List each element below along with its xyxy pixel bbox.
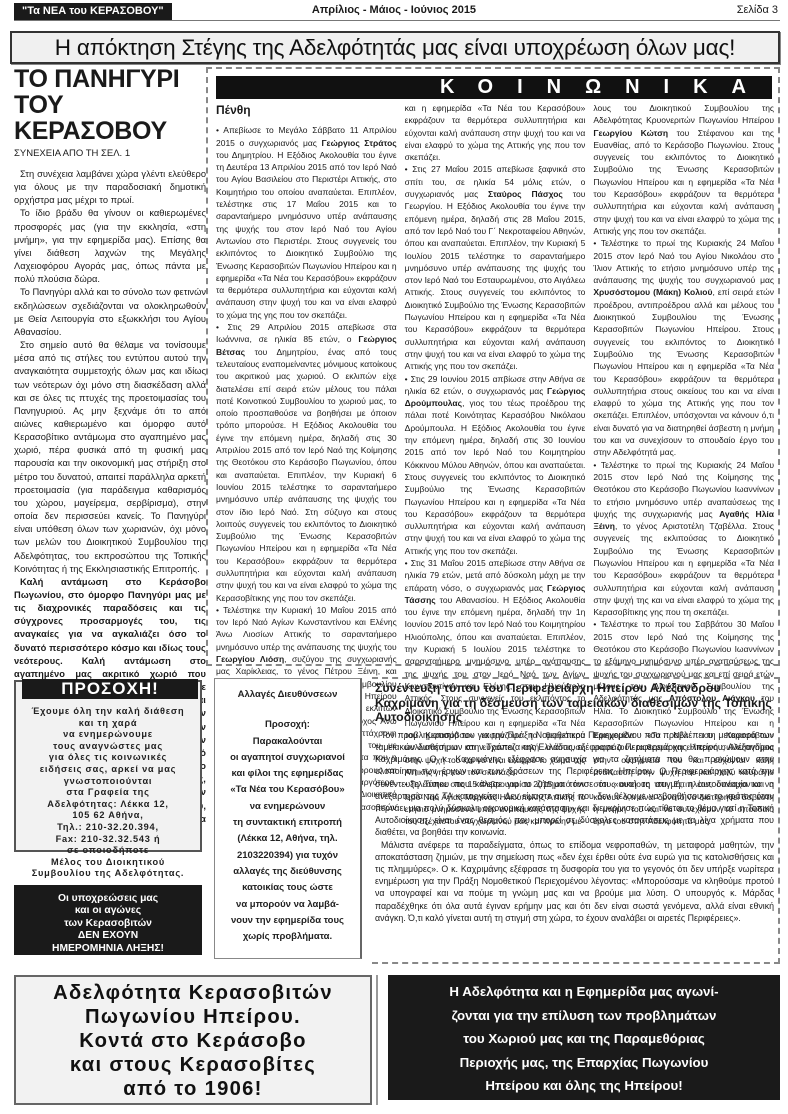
phone-number: Τηλ.: 210-32.20.394, — [18, 822, 198, 834]
paragraph: Το ίδιο βράδυ θα γίνουν οι καθιερωμένες … — [14, 207, 206, 286]
interview-article: Συνέντευξη τύπου του Περιφερειάρχη Ηπείρ… — [372, 677, 780, 964]
obituary-entry: • Στις 27 Μαΐου 2015 απεβίωσε ξαφνικά στ… — [405, 163, 586, 372]
paragraph: Μάλιστα ανέφερε τα παραδείγματα, όπως το… — [375, 839, 774, 924]
article-title-line1: ΤΟ ΠΑΝΗΓΥΡΙ — [14, 66, 206, 92]
obituary-entry: • Τελέστηκε το πρωί της Κυριακής 24 Μαΐο… — [593, 237, 774, 458]
address-change-box: Αλλαγές Διευθύνσεων Προσοχή: Παρακαλούντ… — [214, 678, 362, 959]
brotherhood-motto-box: Αδελφότητα Κερασοβιτών Πωγωνίου Ηπείρου.… — [14, 975, 372, 1105]
deceased-name: Χρυσόστομου (Μάκη) Κολιού — [593, 287, 712, 297]
headline-banner: Η απόκτηση Στέγης της Αδελφότητάς μας εί… — [10, 31, 780, 64]
header-rule — [14, 20, 780, 21]
fax-number: Fax: 210-32.32.543 ή — [18, 834, 198, 846]
issue-date: Απρίλιος - Μάιος - Ιούνιος 2015 — [0, 4, 788, 16]
paragraph: Στη συνέχεια λαμβάνει χώρα γλέντι ελεύθε… — [14, 168, 206, 207]
section-header: ΚΟΙΝΩΝΙΚΑ — [216, 76, 772, 99]
notice-body: Έχουμε όλη την καλή διάθεση και τη χαρά … — [18, 706, 198, 880]
page-number: Σελίδα 3 — [737, 4, 778, 16]
deceased-name: Γεωργίου Λιόση — [216, 654, 284, 664]
obituary-entry: • Στις 29 Ιουνίου 2015 απβίωσε στην Αθήν… — [405, 373, 586, 557]
obituary-entry: • Απεβίωσε το Μεγάλο Σάββατο 11 Απριλίου… — [216, 124, 397, 321]
interview-body: Τον προβληματισμό του για την Πράξη Νομο… — [375, 729, 774, 924]
paragraph: Στο σημείο αυτό θα θέλαμε να τονίσουμε μ… — [14, 339, 206, 576]
article-title-line2: ΤΟΥ ΚΕΡΑΣΟΒΟΥ — [14, 92, 206, 144]
section-title: Πένθη — [216, 104, 397, 116]
obituary-entry: λους του Διοικητικού Συμβουλίου της Αδελ… — [593, 102, 774, 237]
address-change-title: Αλλαγές Διευθύνσεων — [215, 687, 360, 703]
deceased-name: Σταύρος Πάσχος — [488, 189, 563, 199]
obituary-entry: • Στις 29 Απριλίου 2015 απεβίωσε στα Ιωά… — [216, 321, 397, 604]
struggle-statement-box: Η Αδελφότητα και η Εφημερίδα μας αγωνί- … — [388, 975, 780, 1100]
deceased-name: Γεώργιος Στράτος — [321, 138, 396, 148]
running-head: "Τα ΝΕΑ του ΚΕΡΑΣΟΒΟΥ" Απρίλιος - Μάιος … — [0, 0, 788, 22]
attention-notice-box: ΠΡΟΣΟΧΗ! Έχουμε όλη την καλή διάθεση και… — [14, 680, 202, 852]
continuation-note: ΣΥΝΕΧΕΙΑ ΑΠΟ ΤΗ ΣΕΛ. 1 — [14, 148, 206, 159]
paragraph: Τον προβληματισμό του για την Πράξη Νομο… — [375, 729, 774, 839]
interview-title: Συνέντευξη τύπου του Περιφερειάρχη Ηπείρ… — [375, 681, 774, 725]
social-section: ΚΟΙΝΩΝΙΚΑ Πένθη • Απεβίωσε το Μεγάλο Σάβ… — [206, 67, 780, 666]
column-divider — [376, 975, 378, 1105]
paragraph: Το Πανηγύρι αλλά και το σύνολο των φετιν… — [14, 286, 206, 339]
obituary-entry: • Τελέστηκε το πρωί της Κυριακής 24 Μαΐο… — [593, 459, 774, 619]
notice-header: ΠΡΟΣΟΧΗ! — [22, 679, 198, 699]
deceased-name: Γεωργίου Κώτση — [593, 128, 668, 138]
obligations-box: Οι υποχρεώσεις μας και οι αγώνες των Κερ… — [14, 885, 202, 955]
obituary-entry: και η εφημερίδα «Τα Νέα του Κερασόβου» ε… — [405, 102, 586, 163]
